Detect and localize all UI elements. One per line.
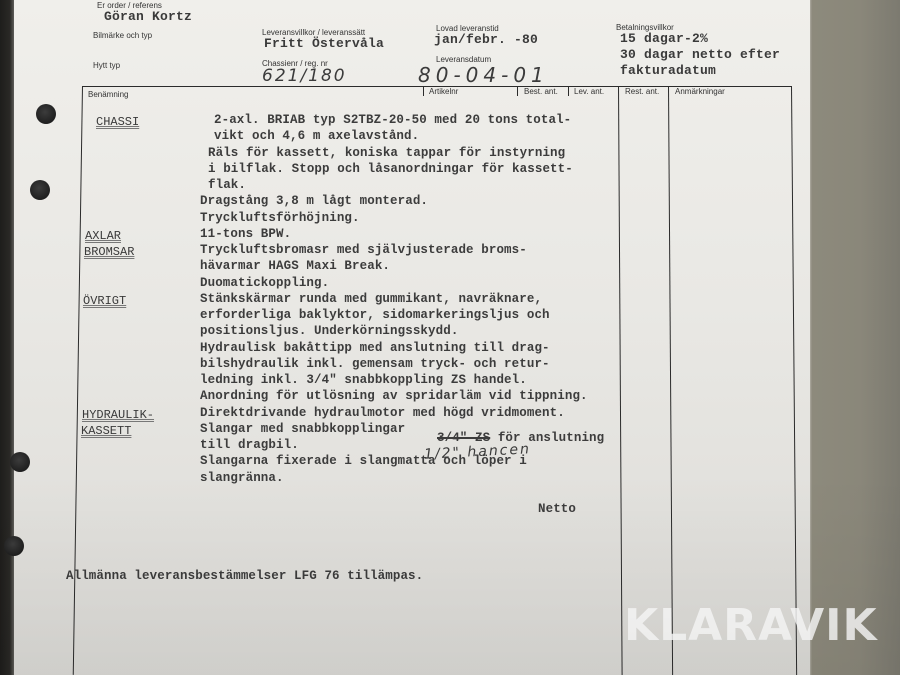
chassis-reg-value: 621/180 [262,66,347,86]
description-line: Duomatickoppling. [200,276,329,290]
description-line: Räls för kassett, koniska tappar för ins… [208,146,565,160]
column-divider [568,86,569,96]
description-line: till dragbil. [200,438,299,452]
section-heading: KASSETT [81,424,131,438]
promised-delivery-value: jan/febr. -80 [434,32,538,47]
description-line: Stänkskärmar runda med gummikant, navräk… [200,292,542,306]
section-heading: BROMSAR [84,245,134,259]
punch-hole [10,452,30,472]
column-divider [423,86,424,96]
description-line: slangränna. [200,471,284,485]
description-line: ledning inkl. 3/4" snabbkoppling ZS hand… [200,373,527,387]
description-line: Anordning för utlösning av spridarläm vi… [200,389,588,403]
column-header-remaining-qty: Rest. ant. [625,87,659,96]
description-line: 2-axl. BRIAB typ S2TBZ-20-50 med 20 tons… [214,113,571,127]
section-heading: HYDRAULIK- [82,408,154,422]
column-header-remarks: Anmärkningar [675,87,725,96]
column-header-ordered-qty: Best. ant. [524,87,558,96]
column-divider [517,86,518,96]
order-reference-value: Göran Kortz [104,9,192,24]
payment-terms-line: 30 dagar netto efter [620,47,780,62]
description-line: bilshydraulik inkl. gemensam tryck- och … [200,357,550,371]
delivery-terms-value: Fritt Östervåla [264,36,384,51]
description-line: Tryckluftsförhöjning. [200,211,360,225]
description-line: hävarmar HAGS Maxi Break. [200,259,390,273]
punch-hole [4,536,24,556]
vehicle-make-label: Bilmärke och typ [93,31,152,40]
section-heading: AXLAR [85,229,121,243]
footer-note: Allmänna leveransbestämmelser LFG 76 til… [66,569,423,583]
description-line: Tryckluftsbromasr med självjusterade bro… [200,243,527,257]
column-header-article-number: Artikelnr [429,87,458,96]
netto-label: Netto [538,502,576,516]
punch-hole [36,104,56,124]
column-header-delivered-qty: Lev. ant. [574,87,604,96]
description-line: erforderliga baklyktor, sidomarkeringslj… [200,308,550,322]
section-heading: ÖVRIGT [83,294,126,308]
section-heading: CHASSI [96,115,139,129]
punch-hole [30,180,50,200]
description-line: flak. [208,178,246,192]
payment-terms-line: 15 dagar-2% [620,31,708,46]
cab-type-label: Hytt typ [93,61,120,70]
description-line: Hydraulisk bakåttipp med anslutning till… [200,341,550,355]
description-line: Dragstång 3,8 m lågt monterad. [200,194,428,208]
delivery-date-value: 80-04-01 [418,63,549,87]
description-line: vikt och 4,6 m axelavstånd. [214,129,419,143]
klaravik-watermark: KLARAVIK [624,600,878,651]
description-line: Slangar med snabbkopplingar [200,422,405,436]
description-line: Direktdrivande hydraulmotor med högd vri… [200,406,565,420]
description-line: positionsljus. Underkörningsskydd. [200,324,458,338]
column-header-description: Benämning [88,90,128,99]
description-line: i bilflak. Stopp och låsanordningar för … [208,162,573,176]
payment-terms-line: fakturadatum [620,63,716,78]
description-line: 11-tons BPW. [200,227,291,241]
